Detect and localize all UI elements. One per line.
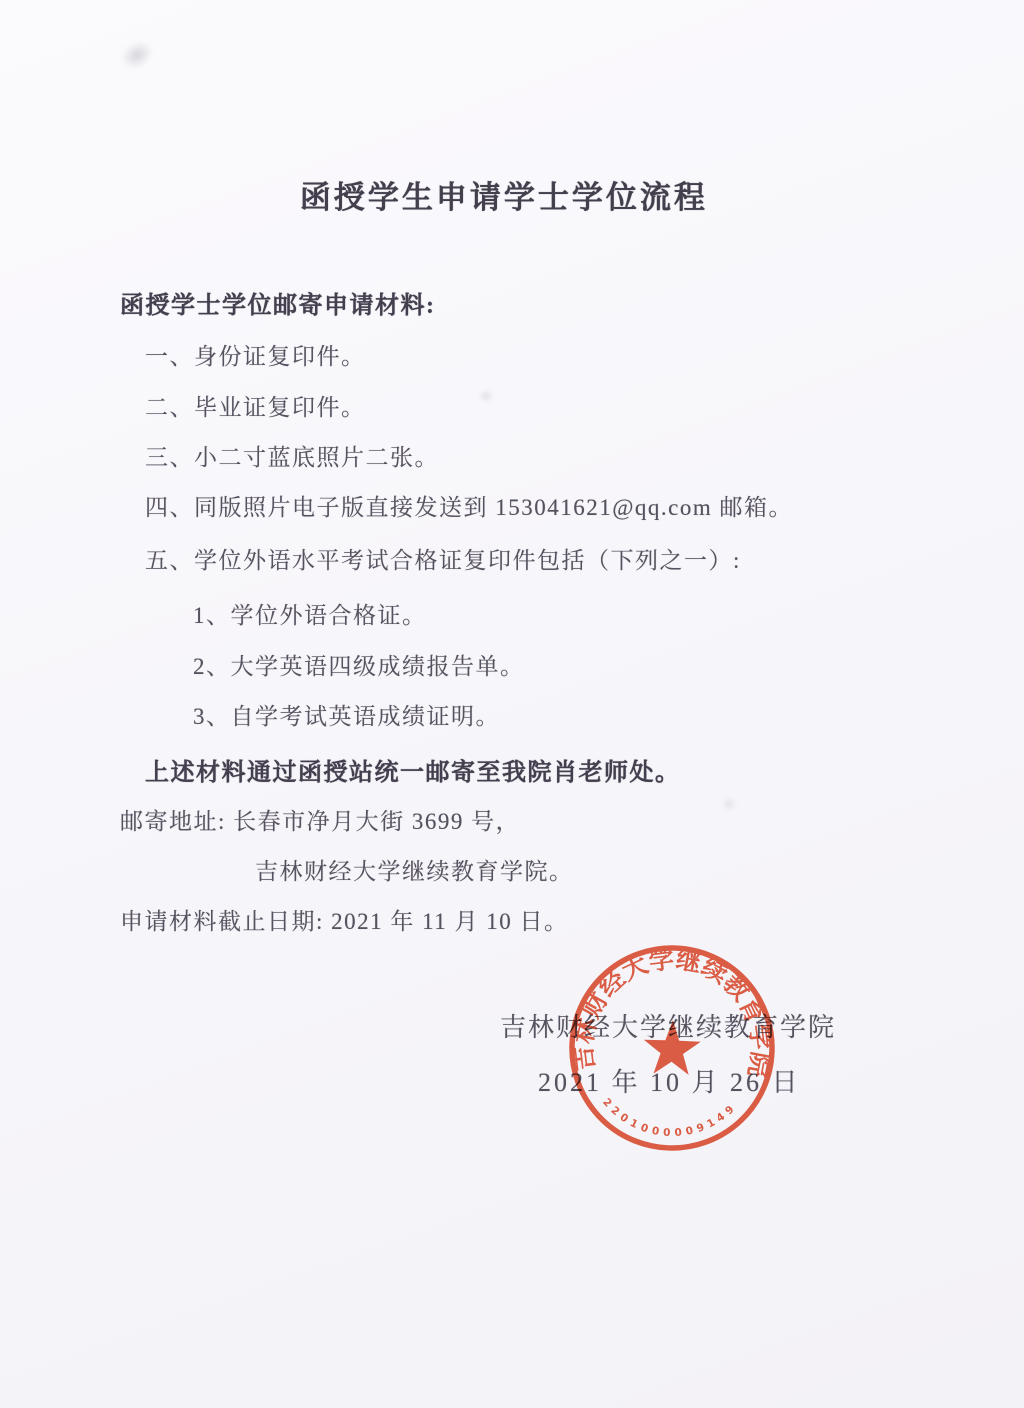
list-item-1: 一、身份证复印件。 bbox=[145, 338, 366, 371]
mailing-address-line-1: 邮寄地址: 长春市净月大街 3699 号， bbox=[120, 803, 520, 836]
list-item-2: 二、毕业证复印件。 bbox=[145, 389, 366, 422]
document-title: 函授学生申请学士学位流程 bbox=[300, 172, 708, 217]
sub-item-2: 2、大学英语四级成绩报告单。 bbox=[193, 648, 525, 681]
seal-star-icon bbox=[643, 1019, 702, 1075]
sub-item-1: 1、学位外语合格证。 bbox=[193, 597, 427, 630]
scan-smudge-artifact bbox=[722, 798, 736, 810]
deadline-line: 申请材料截止日期: 2021 年 11 月 10 日。 bbox=[120, 903, 569, 936]
mailing-note: 上述材料通过函授站统一邮寄至我院肖老师处。 bbox=[145, 752, 681, 787]
list-item-5: 五、学位外语水平考试合格证复印件包括（下列之一）: bbox=[145, 542, 741, 575]
scanned-document-page: 函授学生申请学士学位流程 函授学士学位邮寄申请材料: 一、身份证复印件。 二、毕… bbox=[0, 0, 1024, 1408]
seal-graphic: 吉林财经大学继续教育学院 2201000009149 bbox=[558, 934, 786, 1162]
list-item-3: 三、小二寸蓝底照片二张。 bbox=[145, 439, 439, 472]
mailing-address-line-2: 吉林财经大学继续教育学院。 bbox=[255, 853, 574, 886]
sub-item-3: 3、自学考试英语成绩证明。 bbox=[193, 698, 500, 731]
official-seal-stamp: 吉林财经大学继续教育学院 2201000009149 bbox=[558, 934, 786, 1162]
list-item-4-email: 四、同版照片电子版直接发送到 153041621@qq.com 邮箱。 bbox=[145, 489, 793, 522]
scan-smudge-artifact bbox=[116, 35, 158, 75]
materials-heading: 函授学士学位邮寄申请材料: bbox=[120, 285, 436, 320]
scan-smudge-artifact bbox=[478, 390, 494, 402]
